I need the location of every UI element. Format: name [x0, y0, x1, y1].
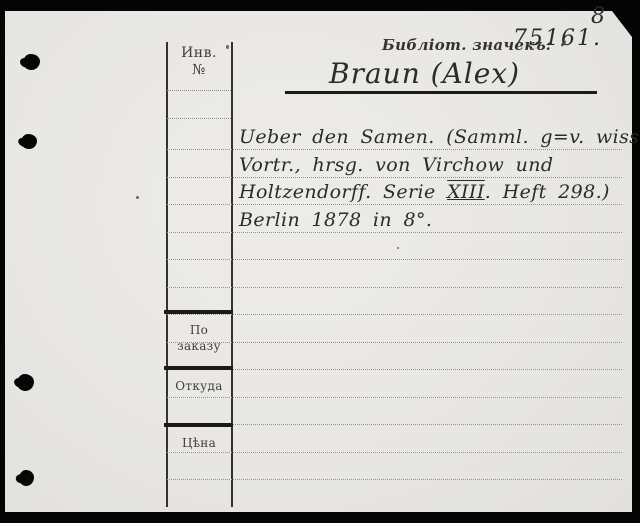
entry-line-2: Vortr., hrsg. von Virchow und — [239, 154, 553, 176]
entry-line-3-text: Holtzendorff. Serie — [239, 181, 447, 203]
entry-line-4: Berlin 1878 in 8°. — [239, 209, 432, 231]
rule-line — [167, 342, 622, 343]
column-divider-bar — [164, 366, 233, 370]
scanned-catalog-card-page: Инв. № По заказу Откуда Цѣна Библіот. зн… — [0, 0, 640, 523]
rule-line — [167, 452, 622, 453]
rule-line — [167, 118, 231, 119]
rule-line — [167, 397, 622, 398]
author-heading: Braun (Alex) — [329, 57, 520, 90]
price-label: Цѣна — [166, 435, 232, 451]
inventory-number-label-line1: Инв. — [166, 45, 232, 61]
library-mark-number: 75161. — [513, 26, 602, 51]
catalog-card — [5, 11, 632, 512]
rule-line — [167, 287, 622, 288]
origin-label: Откуда — [166, 378, 232, 394]
scan-speck — [226, 45, 229, 49]
rule-line — [167, 369, 622, 370]
rule-line — [167, 479, 622, 480]
rule-line — [167, 90, 231, 91]
entry-line-3-rest: . Heft 298.) — [485, 181, 610, 203]
rule-line — [167, 259, 622, 260]
rule-line — [167, 177, 622, 178]
scan-speck — [136, 196, 139, 199]
rule-line — [167, 314, 622, 315]
scan-speck — [397, 247, 399, 249]
author-heading-underline — [285, 91, 597, 94]
rule-line — [167, 232, 622, 233]
rule-line — [167, 149, 622, 150]
inventory-number-label-line2: № — [166, 62, 232, 78]
entry-line-3: Holtzendorff. Serie XIII. Heft 298.) — [239, 181, 610, 203]
page-number: 8 — [591, 4, 605, 29]
column-divider-bar — [164, 423, 233, 427]
column-divider-bar — [164, 310, 233, 314]
rule-line — [167, 424, 622, 425]
order-label: По заказу — [166, 322, 232, 354]
rule-line — [167, 204, 622, 205]
series-roman-numeral: XIII — [447, 181, 485, 203]
entry-line-1: Ueber den Samen. (Samml. g=v. wiss. — [239, 126, 640, 148]
